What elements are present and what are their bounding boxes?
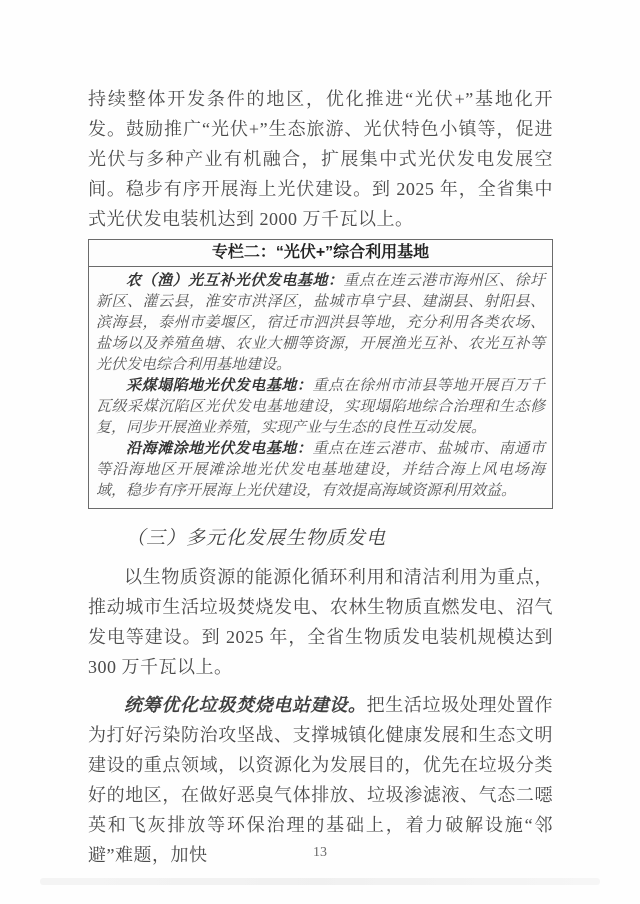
page-content: 持续整体开发条件的地区，优化推进“光伏+”基地化开发。鼓励推广“光伏+”生态旅游… bbox=[88, 84, 553, 870]
callout-box-body: 农（渔）光互补光伏发电基地：重点在连云港市海州区、徐圩新区、灌云县，淮安市洪泽区… bbox=[89, 267, 552, 508]
box-item-coal-subsidence-pv: 采煤塌陷地光伏发电基地：重点在徐州市沛县等地开展百万千瓦级采煤沉陷区光伏发电基地… bbox=[96, 376, 545, 439]
callout-box-column2: 专栏二：“光伏+”综合利用基地 农（渔）光互补光伏发电基地：重点在连云港市海州区… bbox=[88, 239, 553, 509]
callout-box-title: 专栏二：“光伏+”综合利用基地 bbox=[89, 240, 552, 267]
paragraph-biomass-power: 以生物质资源的能源化循环利用和清洁利用为重点，推动城市生活垃圾焚烧发电、农林生物… bbox=[88, 562, 553, 682]
scan-artifact-line bbox=[40, 878, 600, 885]
paragraph-waste-incineration: 统筹优化垃圾焚烧电站建设。把生活垃圾处理处置作为打好污染防治攻坚战、支撑城镇化健… bbox=[88, 690, 553, 870]
box-item-coastal-tidal-pv: 沿海滩涂地光伏发电基地：重点在连云港市、盐城市、南通市等沿海地区开展滩涂地光伏发… bbox=[96, 439, 545, 502]
paragraph-body-text: 把生活垃圾处理处置作为打好污染防治攻坚战、支撑城镇化健康发展和生态文明建设的重点… bbox=[88, 695, 553, 865]
section-heading-biomass: （三）多元化发展生物质发电 bbox=[88, 524, 553, 554]
page-number: 13 bbox=[0, 845, 640, 861]
box-item-lead: 农（渔）光互补光伏发电基地： bbox=[126, 273, 344, 289]
box-item-lead: 沿海滩涂地光伏发电基地： bbox=[126, 441, 312, 457]
box-item-lead: 采煤塌陷地光伏发电基地： bbox=[126, 378, 312, 394]
paragraph-pv-base-development: 持续整体开发条件的地区，优化推进“光伏+”基地化开发。鼓励推广“光伏+”生态旅游… bbox=[88, 84, 553, 234]
box-item-agri-fishery-pv: 农（渔）光互补光伏发电基地：重点在连云港市海州区、徐圩新区、灌云县，淮安市洪泽区… bbox=[96, 271, 545, 376]
paragraph-lead-sentence: 统筹优化垃圾焚烧电站建设。 bbox=[124, 695, 367, 715]
document-page: 持续整体开发条件的地区，优化推进“光伏+”基地化开发。鼓励推广“光伏+”生态旅游… bbox=[0, 0, 640, 904]
